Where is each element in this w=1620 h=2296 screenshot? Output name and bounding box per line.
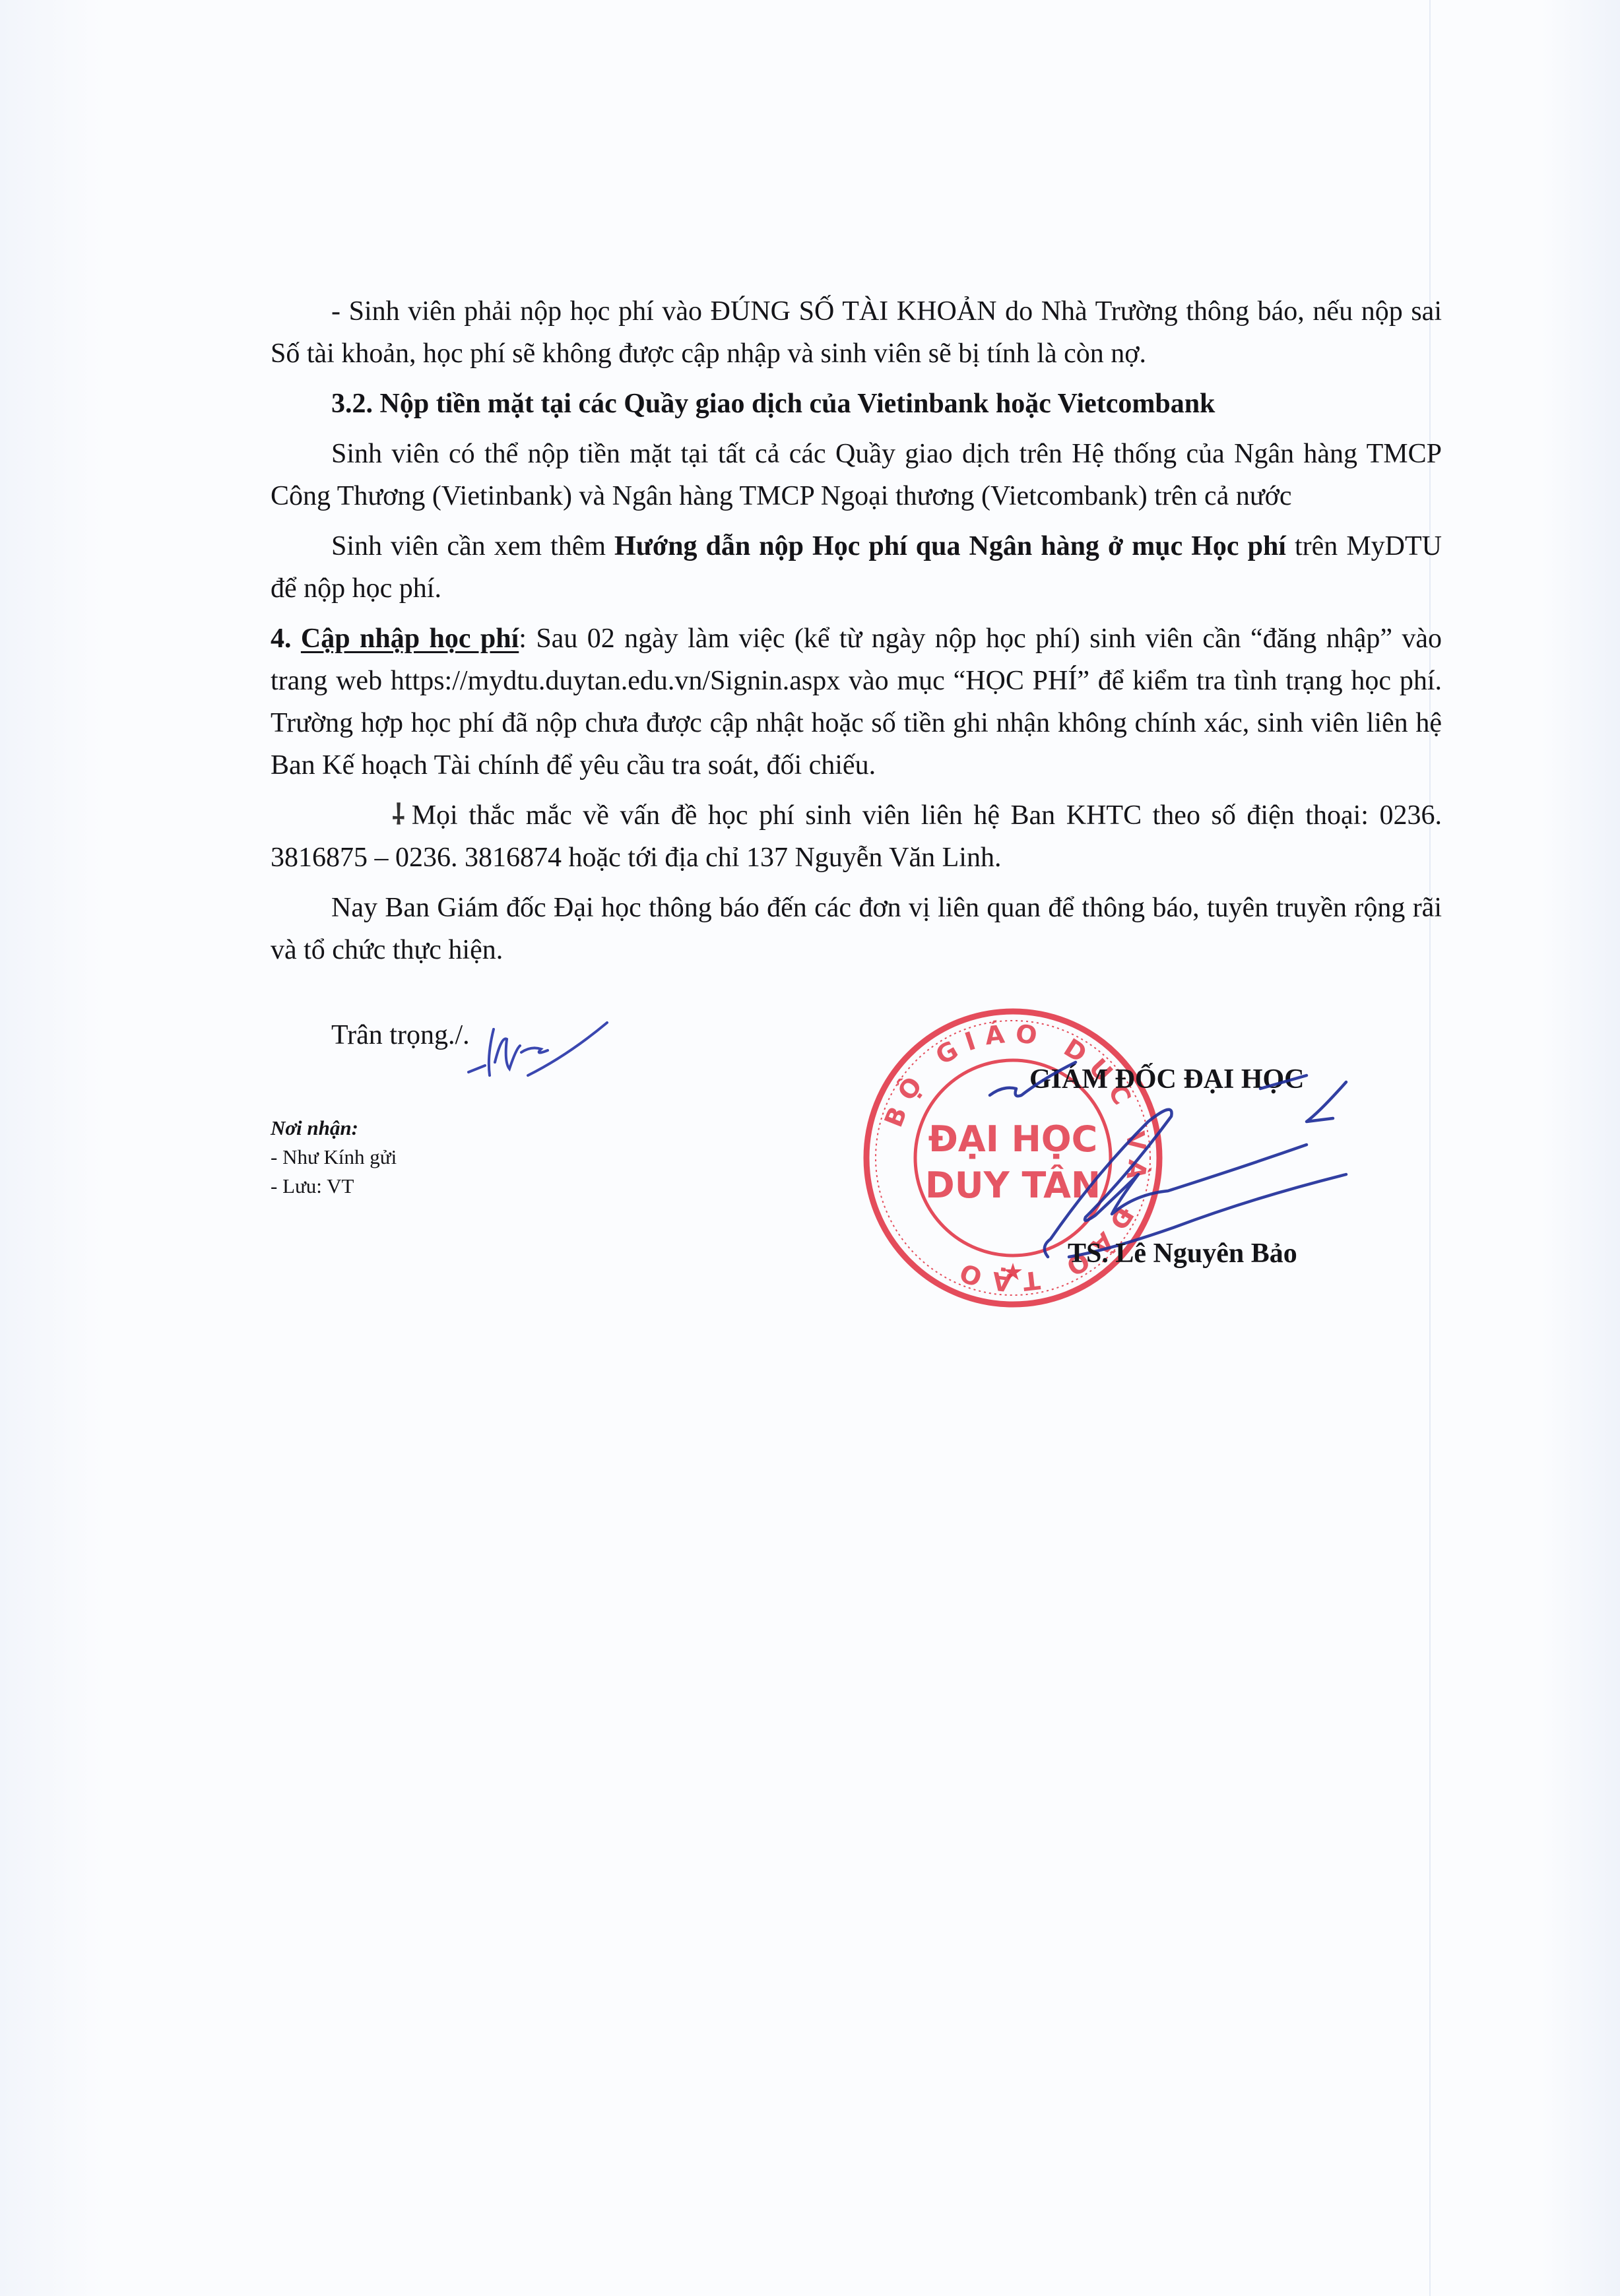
recipient-item: - Như Kính gửi (271, 1143, 397, 1172)
paragraph-guide-reference: Sinh viên cần xem thêm Hướng dẫn nộp Học… (271, 525, 1442, 610)
guide-text-pre: Sinh viên cần xem thêm (331, 531, 614, 561)
section-label-fee-update: Cập nhập học phí (301, 623, 519, 654)
recipients-block: Nơi nhận: - Như Kính gửi - Lưu: VT (271, 1114, 397, 1201)
contact-text: Mọi thắc mắc về vấn đề học phí sinh viên… (271, 800, 1442, 873)
signatory-name: TS. Lê Nguyên Bảo (1068, 1238, 1297, 1269)
dagger-bullet-icon: ⸸ (331, 794, 405, 837)
guide-link-text: Hướng dẫn nộp Học phí qua Ngân hàng ở mụ… (614, 531, 1286, 561)
svg-text:ĐẠI HỌC: ĐẠI HỌC (928, 1118, 1098, 1160)
paragraph-announcement: Nay Ban Giám đốc Đại học thông báo đến c… (271, 887, 1442, 971)
paragraph-account-warning: - Sinh viên phải nộp học phí vào ĐÚNG SỐ… (271, 290, 1442, 375)
paragraph-cash-payment: Sinh viên có thể nộp tiền mặt tại tất cả… (271, 433, 1442, 517)
svg-text:★: ★ (1002, 1259, 1023, 1285)
paragraph-contact: ⸸Mọi thắc mắc về vấn đề học phí sinh viê… (271, 794, 1442, 879)
svg-text:DUY TÂN: DUY TÂN (925, 1164, 1101, 1206)
initial-signature-icon (455, 1009, 614, 1082)
section-heading-3-2: 3.2. Nộp tiền mặt tại các Quầy giao dịch… (271, 383, 1442, 425)
recipients-title: Nơi nhận: (271, 1114, 397, 1143)
signatory-title: GIÁM ĐỐC ĐẠI HỌC (1029, 1064, 1305, 1095)
closing-regards: Trân trọng./. (331, 1019, 470, 1051)
section-number-4: 4. (271, 623, 301, 654)
document-body: - Sinh viên phải nộp học phí vào ĐÚNG SỐ… (271, 290, 1442, 971)
recipient-item: - Lưu: VT (271, 1172, 397, 1201)
paragraph-fee-update: 4. Cập nhập học phí: Sau 02 ngày làm việ… (271, 618, 1442, 786)
